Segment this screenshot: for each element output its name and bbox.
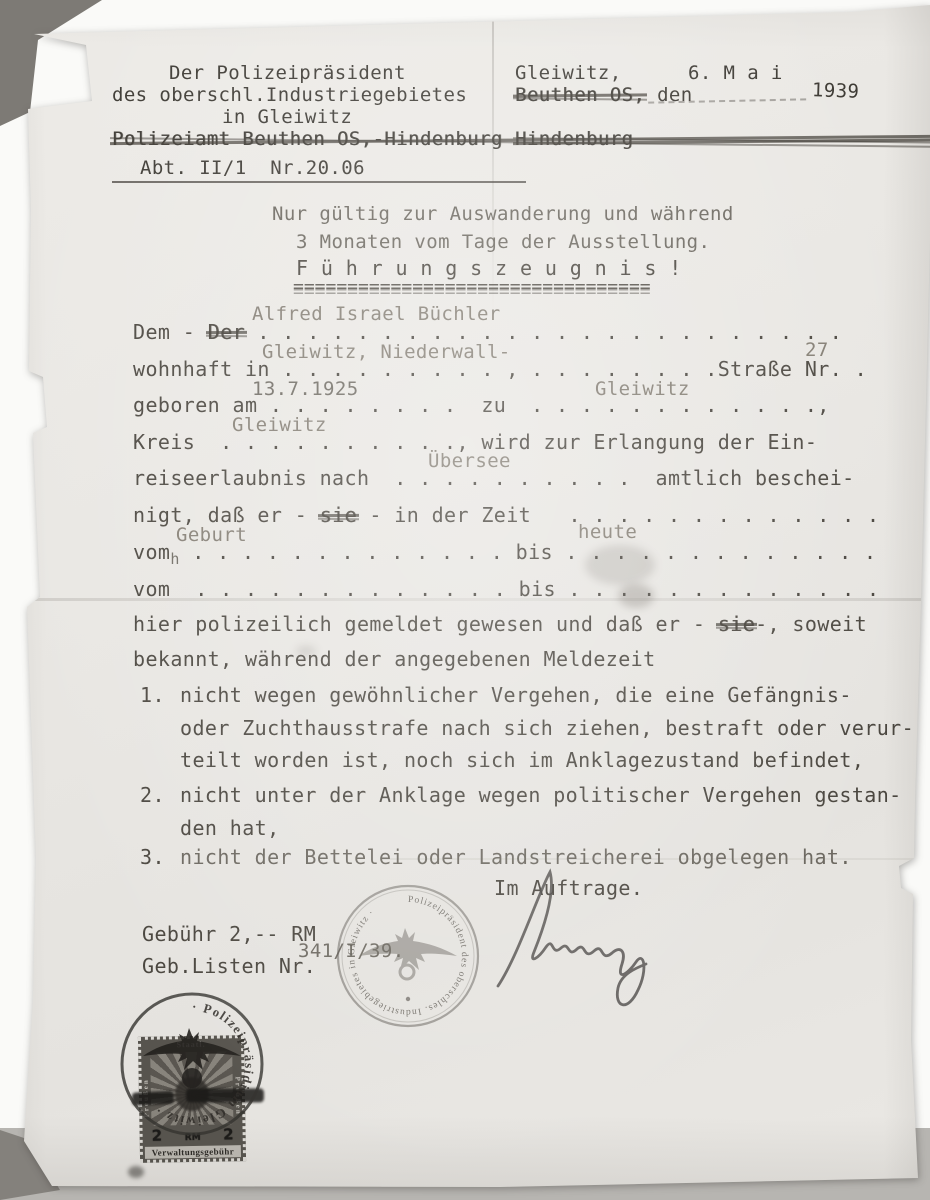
revenue-stamp-bottom-text: Verwaltungsgebühr: [145, 1145, 241, 1159]
bekannt-line: bekannt, während der angegebenen Meldeze…: [133, 647, 656, 671]
photographed-document: Der Polizeipräsident des oberschl.Indust…: [0, 0, 930, 1200]
letterhead-line: in Gleiwitz: [222, 106, 352, 128]
reise-line: reiseerlaubnis nach . . . . . . . . . . …: [133, 466, 855, 490]
paper-wrapper: Der Polizeipräsident des oberschl.Indust…: [0, 0, 930, 1200]
validity-notice-line2: 3 Monaten vom Tage der Ausstellung.: [296, 231, 710, 253]
item-line: nicht unter der Anklage wegen politische…: [180, 783, 902, 807]
document-page: Der Polizeipräsident des oberschl.Indust…: [0, 0, 930, 1200]
fee-line: Gebühr 2,-- RM: [142, 922, 316, 946]
item-line: nicht wegen gewöhnlicher Vergehen, die e…: [180, 683, 852, 707]
validity-notice-line1: Nur gültig zur Auswanderung und während: [272, 203, 734, 225]
hier-label: hier polizeilich gemeldet gewesen und da…: [133, 612, 718, 636]
item-number: 3.: [140, 845, 165, 869]
round-official-stamp: Polizeipräsident des oberschles. Industr…: [332, 880, 484, 1032]
struck-city: Beuthen OS,: [515, 84, 645, 106]
eagle-emblem: [359, 928, 457, 979]
wohnhaft-line: wohnhaft in . . . . . . . . . , . . . . …: [133, 357, 867, 381]
hier-line: hier polizeilich gemeldet gewesen und da…: [133, 612, 867, 636]
item-line: teilt worden ist, noch sich im Anklagezu…: [180, 748, 864, 772]
struck-sie: sie: [320, 503, 357, 527]
stamp-dot: [406, 997, 410, 1001]
struck-place-line2: Hindenburg: [515, 128, 930, 150]
vom-label: vom: [133, 540, 170, 564]
item-line: oder Zuchthausstrafe nach sich ziehen, b…: [180, 716, 914, 740]
hier-rest: -, soweit: [755, 612, 867, 636]
date-year: 1939: [812, 79, 860, 103]
wreath-emblem-dark: [182, 1068, 202, 1088]
date-day: 6. M a i: [688, 62, 783, 84]
fee-list-label: Geb.Listen Nr.: [142, 954, 316, 978]
letterhead-line: des oberschl.Industriegebietes: [112, 84, 467, 106]
reference-underline: [112, 160, 526, 183]
eagle-silhouette: [143, 1028, 241, 1070]
item-line: den hat,: [180, 816, 280, 840]
struck-sie2: sie: [718, 612, 755, 636]
svg-text:· Polizeipräsidium Gleiwitz ·: · Polizeipräsidium Gleiwitz ·: [151, 999, 257, 1129]
vom2-line: vom . . . . . . . . . . . . . bis . . . …: [133, 577, 879, 601]
handwritten-signature: [478, 860, 718, 1010]
typo-artifact: h: [170, 550, 179, 568]
place-line: Gleiwitz,: [515, 62, 622, 84]
cancellation-round-stamp: · Polizeipräsidium Gleiwitz ·: [116, 988, 268, 1140]
signature-stroke: [498, 872, 646, 1005]
cancel-stamp-circular-text: · Polizeipräsidium Gleiwitz ·: [151, 999, 257, 1129]
vom1-line: vomh . . . . . . . . . . . . . bis . . .…: [133, 540, 876, 564]
title-underline: =================================: [293, 276, 651, 297]
item-number: 1.: [140, 683, 165, 707]
dem-label: Dem -: [133, 320, 208, 344]
eagle-emblem-dark: [143, 1028, 241, 1070]
ink-blot: [128, 1166, 144, 1178]
letterhead-line: Der Polizeipräsident: [169, 62, 406, 84]
item-number: 2.: [140, 783, 165, 807]
dotted-line: . . . . . . . . . . . . . bis . . . . . …: [180, 540, 877, 564]
date-fill-line: [648, 82, 806, 103]
cancel-stamp-ring: [122, 994, 262, 1134]
struck-der: Der: [208, 320, 245, 344]
wreath-circle: [400, 965, 414, 979]
